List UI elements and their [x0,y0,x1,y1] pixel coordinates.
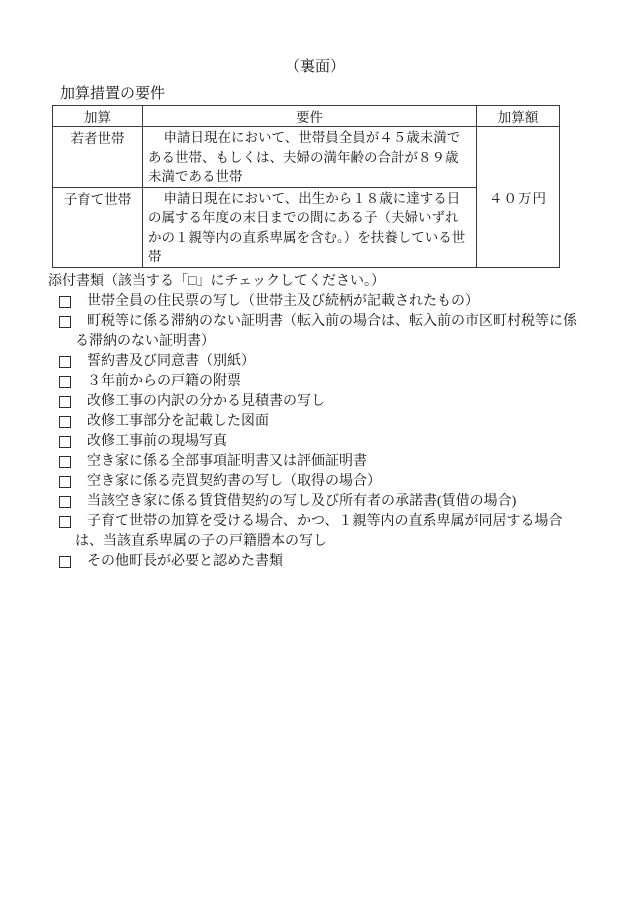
attachment-item: その他町長が必要と認めた書類 [59,552,589,572]
attachment-item-label: 世帯全員の住民票の写し（世帯主及び続柄が記載されたもの） [87,294,479,309]
attachment-item: 子育て世帯の加算を受ける場合、かつ、１親等内の直系卑属が同居する場合は、当該直系… [59,512,589,552]
column-header-amount: 加算額 [477,106,560,127]
attachments-title: 添付書類（該当する「□」にチェックしてください。） [48,272,630,292]
column-header-requirement: 要件 [143,106,477,127]
attachment-item-label: 町税等に係る滞納のない証明書（転入前の場合は、転入前の市区町村税等に係る滞納のな… [75,314,577,349]
document-page: （裏面） 加算措置の要件 加算 要件 加算額 若者世帯 申請日現在において、世帯… [0,0,630,903]
checkbox-icon[interactable] [59,476,71,488]
attachment-item: 世帯全員の住民票の写し（世帯主及び続柄が記載されたもの） [59,292,589,312]
addition-requirements-table: 加算 要件 加算額 若者世帯 申請日現在において、世帯員全員が４５歳未満である世… [52,105,560,268]
checkbox-icon[interactable] [59,456,71,468]
page-side-label: （裏面） [0,0,630,77]
attachment-item: ３年前からの戸籍の附票 [59,372,589,392]
attachment-item: 改修工事部分を記載した図面 [59,412,589,432]
checkbox-icon[interactable] [59,436,71,448]
attachments-checklist: 世帯全員の住民票の写し（世帯主及び続柄が記載されたもの） 町税等に係る滞納のない… [59,292,589,572]
attachment-item: 当該空き家に係る賃貸借契約の写し及び所有者の承諾書(賃借の場合) [59,492,589,512]
attachment-item: 空き家に係る全部事項証明書又は評価証明書 [59,452,589,472]
category-childrearing-household: 子育て世帯 [53,187,143,267]
category-young-household: 若者世帯 [53,127,143,188]
section-title: 加算措置の要件 [60,84,630,104]
attachment-item-label: 空き家に係る売買契約書の写し（取得の場合） [87,474,381,489]
attachment-item-label: 改修工事の内訳の分かる見積書の写し [87,394,325,409]
attachment-item-label: 子育て世帯の加算を受ける場合、かつ、１親等内の直系卑属が同居する場合は、当該直系… [75,514,562,549]
checkbox-icon[interactable] [59,376,71,388]
addition-amount: ４０万円 [477,127,560,268]
attachment-item-label: 当該空き家に係る賃貸借契約の写し及び所有者の承諾書(賃借の場合) [87,494,516,509]
checkbox-icon[interactable] [59,356,71,368]
attachment-item: 誓約書及び同意書（別紙） [59,352,589,372]
checkbox-icon[interactable] [59,556,71,568]
checkbox-icon[interactable] [59,316,71,328]
checkbox-icon[interactable] [59,496,71,508]
table-header-row: 加算 要件 加算額 [53,106,560,127]
requirement-young-household: 申請日現在において、世帯員全員が４５歳未満である世帯、もしくは、夫婦の満年齢の合… [143,127,477,188]
requirement-childrearing-household: 申請日現在において、出生から１８歳に達する日の属する年度の末日までの間にある子（… [143,187,477,267]
checkbox-icon[interactable] [59,296,71,308]
attachment-item: 改修工事の内訳の分かる見積書の写し [59,392,589,412]
checkbox-icon[interactable] [59,516,71,528]
attachment-item-label: その他町長が必要と認めた書類 [87,554,283,569]
column-header-addition: 加算 [53,106,143,127]
attachment-item: 空き家に係る売買契約書の写し（取得の場合） [59,472,589,492]
table-row-young-household: 若者世帯 申請日現在において、世帯員全員が４５歳未満である世帯、もしくは、夫婦の… [53,127,560,188]
attachment-item-label: 改修工事部分を記載した図面 [87,414,269,429]
checkbox-icon[interactable] [59,396,71,408]
attachment-item-label: ３年前からの戸籍の附票 [87,374,241,389]
attachment-item-label: 誓約書及び同意書（別紙） [87,354,255,369]
attachment-item: 町税等に係る滞納のない証明書（転入前の場合は、転入前の市区町村税等に係る滞納のな… [59,312,589,352]
attachment-item-label: 改修工事前の現場写真 [87,434,227,449]
checkbox-icon[interactable] [59,416,71,428]
attachment-item-label: 空き家に係る全部事項証明書又は評価証明書 [87,454,367,469]
attachment-item: 改修工事前の現場写真 [59,432,589,452]
